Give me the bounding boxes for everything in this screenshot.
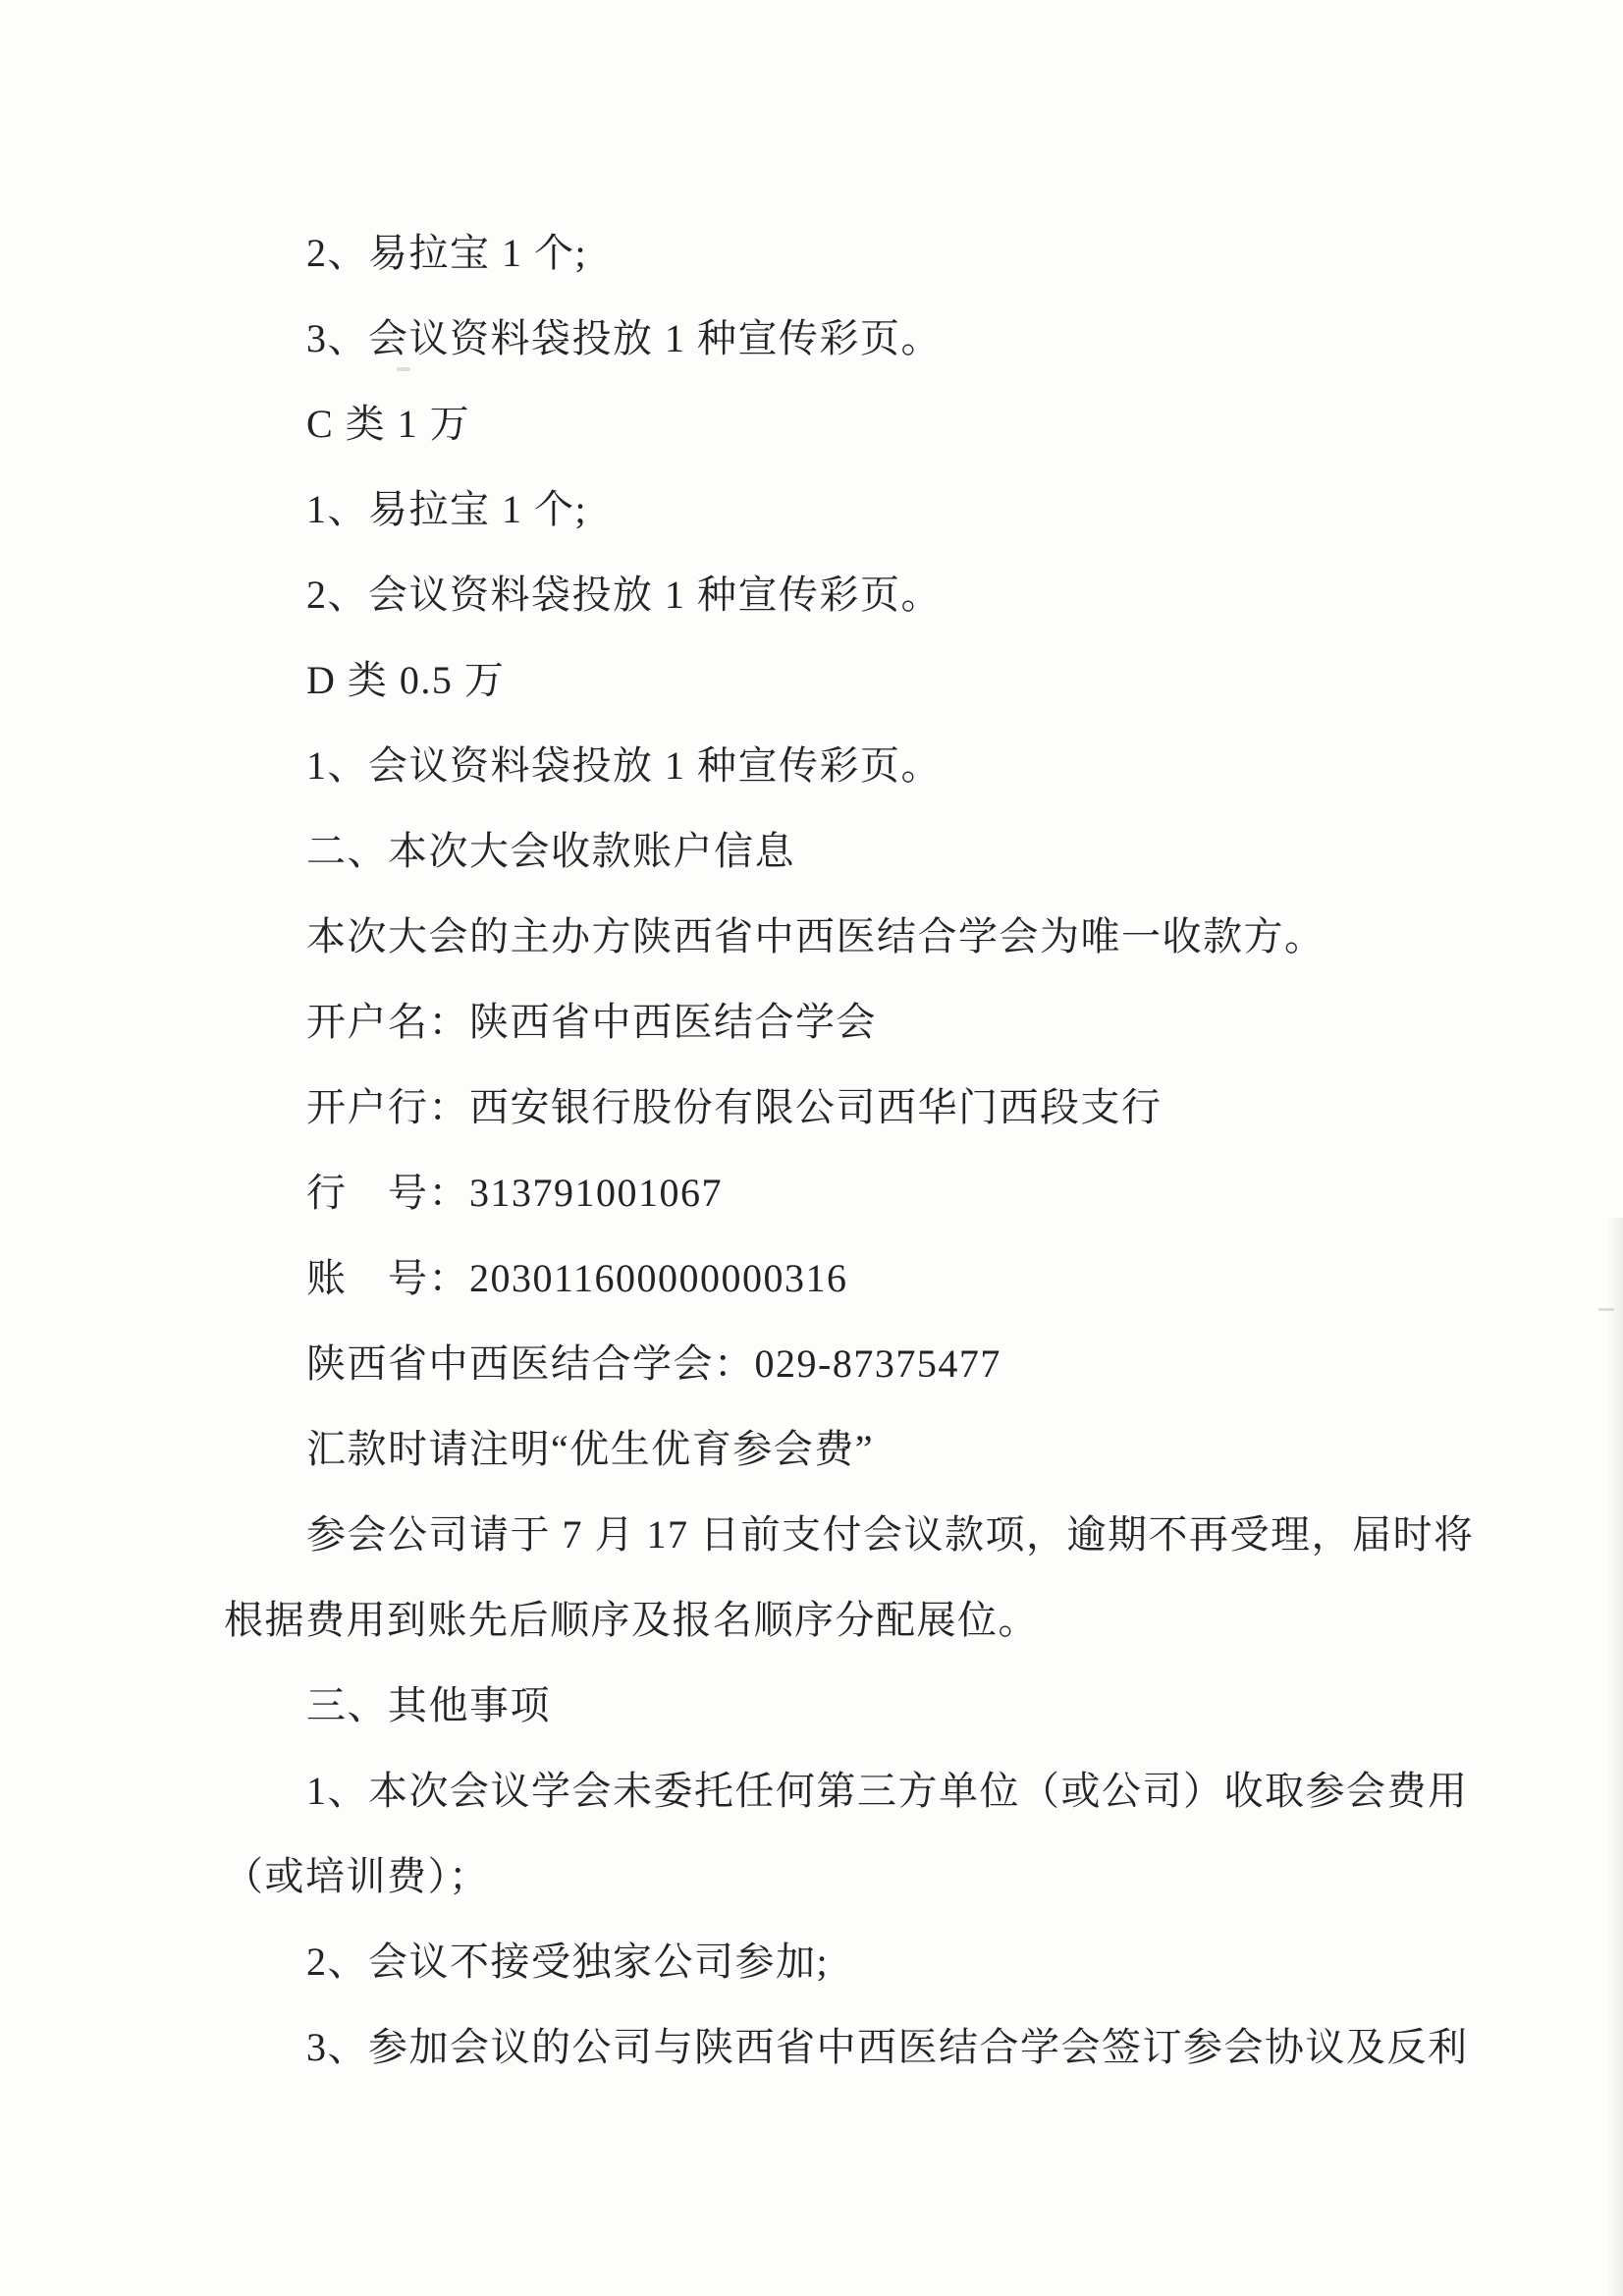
text-line: 2、会议不接受独家公司参加; <box>224 1919 1500 2004</box>
text-line: 根据费用到账先后顺序及报名顺序分配展位。 <box>224 1577 1500 1663</box>
text-line: 1、易拉宝 1 个; <box>224 466 1500 552</box>
text-line: C 类 1 万 <box>224 381 1500 466</box>
document-body: 2、易拉宝 1 个;3、会议资料袋投放 1 种宣传彩页。C 类 1 万1、易拉宝… <box>224 210 1500 2090</box>
text-line: 3、参加会议的公司与陕西省中西医结合学会签订参会协议及反利 <box>224 2004 1500 2090</box>
text-line: 开户名：陕西省中西医结合学会 <box>224 979 1500 1065</box>
text-line: 2、会议资料袋投放 1 种宣传彩页。 <box>224 552 1500 637</box>
text-line: 行 号：313791001067 <box>224 1150 1500 1235</box>
text-line: 2、易拉宝 1 个; <box>224 210 1500 296</box>
text-line: 1、会议资料袋投放 1 种宣传彩页。 <box>224 723 1500 808</box>
text-line: 3、会议资料袋投放 1 种宣传彩页。 <box>224 296 1500 381</box>
text-line: D 类 0.5 万 <box>224 637 1500 723</box>
scan-edge-shadow <box>1607 1218 1623 2296</box>
text-line: 三、其他事项 <box>224 1663 1500 1748</box>
text-line: 参会公司请于 7 月 17 日前支付会议款项，逾期不再受理，届时将 <box>224 1492 1500 1577</box>
text-line: （或培训费）； <box>224 1833 1500 1919</box>
text-line: 二、本次大会收款账户信息 <box>224 808 1500 894</box>
scan-artifact <box>1598 1308 1614 1311</box>
text-line: 1、本次会议学会未委托任何第三方单位（或公司）收取参会费用 <box>224 1748 1500 1833</box>
document-page: 2、易拉宝 1 个;3、会议资料袋投放 1 种宣传彩页。C 类 1 万1、易拉宝… <box>0 0 1623 2296</box>
text-line: 汇款时请注明“优生优育参会费” <box>224 1406 1500 1492</box>
text-line: 账 号：203011600000000316 <box>224 1235 1500 1321</box>
scan-artifact <box>397 367 410 371</box>
text-line: 开户行：西安银行股份有限公司西华门西段支行 <box>224 1065 1500 1150</box>
text-line: 陕西省中西医结合学会：029-87375477 <box>224 1321 1500 1406</box>
text-line: 本次大会的主办方陕西省中西医结合学会为唯一收款方。 <box>224 894 1500 979</box>
